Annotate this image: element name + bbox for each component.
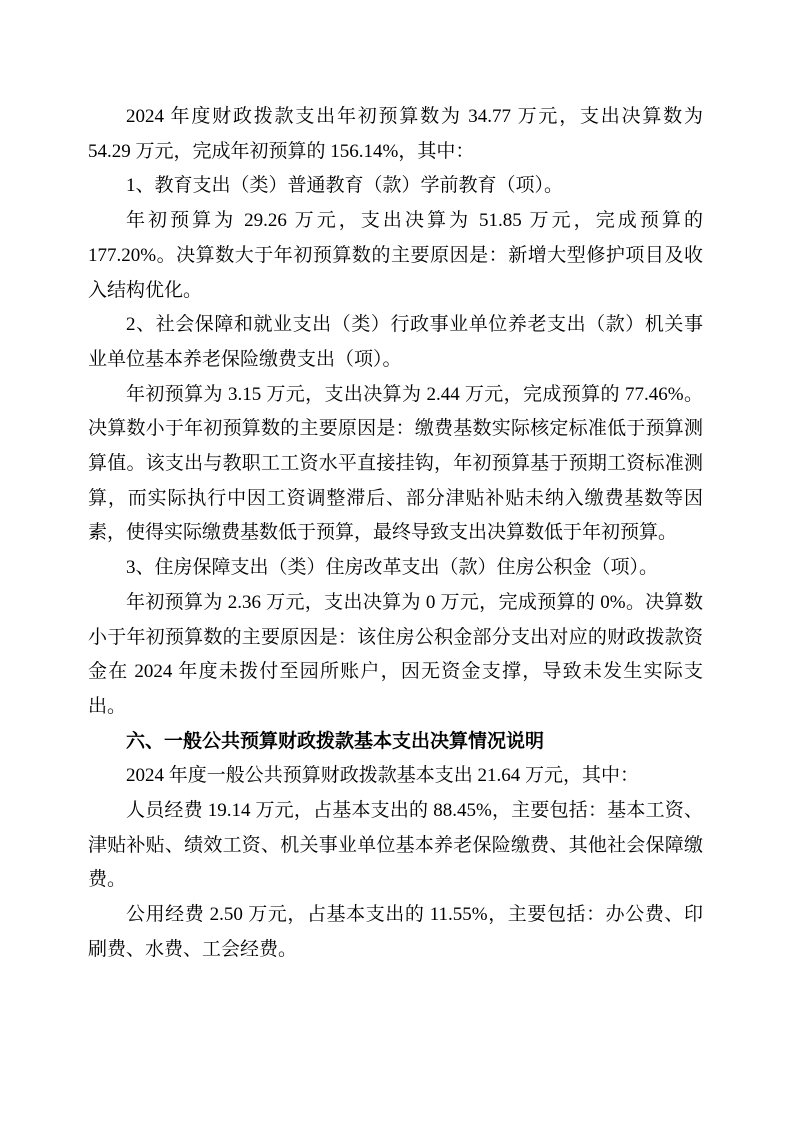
para-basic-expenditure-total: 2024 年度一般公共预算财政拨款基本支出 21.64 万元，其中： bbox=[88, 759, 703, 794]
para-item-1-detail: 年初预算为 29.26 万元，支出决算为 51.85 万元，完成预算的 177.… bbox=[88, 204, 703, 308]
document-body: 2024 年度财政拨款支出年初预算数为 34.77 万元，支出决算数为 54.2… bbox=[88, 100, 703, 968]
para-fiscal-allocation-expenditure-summary: 2024 年度财政拨款支出年初预算数为 34.77 万元，支出决算数为 54.2… bbox=[88, 100, 703, 169]
para-personnel-expense: 人员经费 19.14 万元，占基本支出的 88.45%，主要包括：基本工资、津贴… bbox=[88, 794, 703, 898]
para-public-expense: 公用经费 2.50 万元，占基本支出的 11.55%，主要包括：办公费、印刷费、… bbox=[88, 898, 703, 967]
para-item-1-education: 1、教育支出（类）普通教育（款）学前教育（项）。 bbox=[88, 169, 703, 204]
para-item-3-housing: 3、住房保障支出（类）住房改革支出（款）住房公积金（项）。 bbox=[88, 551, 703, 586]
document-page: 2024 年度财政拨款支出年初预算数为 34.77 万元，支出决算数为 54.2… bbox=[0, 0, 793, 1122]
para-item-2-detail: 年初预算为 3.15 万元，支出决算为 2.44 万元，完成预算的 77.46%… bbox=[88, 378, 703, 552]
section-heading-basic-expenditure: 六、一般公共预算财政拨款基本支出决算情况说明 bbox=[88, 725, 703, 760]
para-item-2-social-security: 2、社会保障和就业支出（类）行政事业单位养老支出（款）机关事业单位基本养老保险缴… bbox=[88, 308, 703, 377]
para-item-3-detail: 年初预算为 2.36 万元，支出决算为 0 万元，完成预算的 0%。决算数小于年… bbox=[88, 586, 703, 725]
